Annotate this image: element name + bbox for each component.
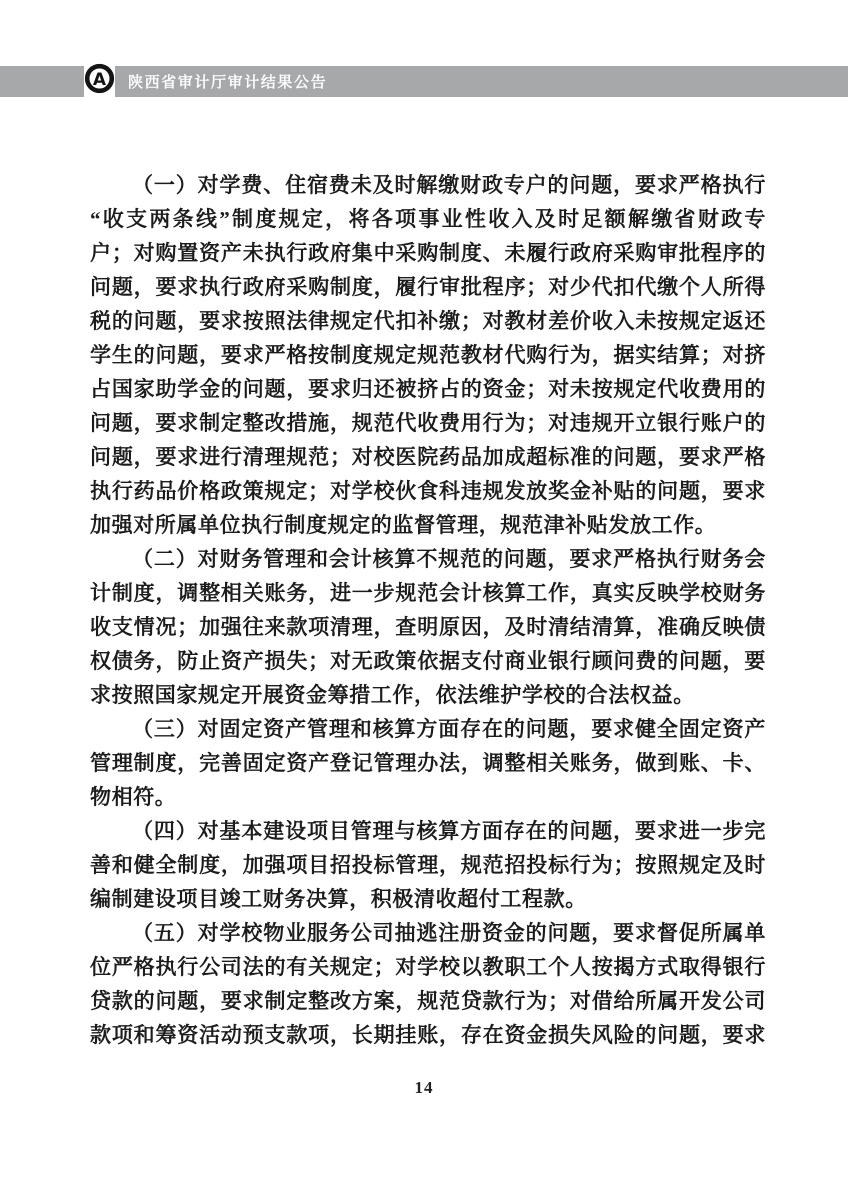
text-line: （一）对学费、住宿费未及时解缴财政专户的问题，要求严格执行 [90, 168, 766, 202]
text-line: 占国家助学金的问题，要求归还被挤占的资金；对未按规定代收费用的 [90, 372, 766, 406]
text-line: 管理制度，完善固定资产登记管理办法，调整相关账务，做到账、卡、 [90, 746, 766, 780]
text-line: 权债务，防止资产损失；对无政策依据支付商业银行顾问费的问题，要 [90, 644, 766, 678]
header-bar-left [0, 66, 84, 97]
text-line: 款项和筹资活动预支款项，长期挂账，存在资金损失风险的问题，要求 [90, 1018, 766, 1052]
text-line: 编制建设项目竣工财务决算，积极清收超付工程款。 [90, 882, 766, 916]
text-line: 学生的问题，要求严格按制度规定规范教材代购行为，据实结算；对挤 [90, 338, 766, 372]
audit-emblem-svg: A [84, 63, 115, 94]
document-body: （一）对学费、住宿费未及时解缴财政专户的问题，要求严格执行“收支两条线”制度规定… [90, 168, 766, 1052]
page-number: 14 [415, 1078, 434, 1097]
text-line: 收支情况；加强往来款项清理，查明原因，及时清结清算，准确反映债 [90, 610, 766, 644]
audit-emblem-letter: A [93, 70, 107, 90]
text-line: 执行药品价格政策规定；对学校伙食科违规发放奖金补贴的问题，要求 [90, 474, 766, 508]
text-line: 善和健全制度，加强项目招投标管理，规范招投标行为；按照规定及时 [90, 848, 766, 882]
page-footer: 14 [0, 1078, 848, 1098]
text-line: （三）对固定资产管理和核算方面存在的问题，要求健全固定资产 [90, 712, 766, 746]
audit-emblem-icon: A [84, 63, 115, 94]
text-line: 物相符。 [90, 780, 766, 814]
text-line: 户；对购置资产未执行政府集中采购制度、未履行政府采购审批程序的 [90, 236, 766, 270]
header-title: 陕西省审计厅审计结果公告 [128, 71, 327, 92]
text-line: 问题，要求执行政府采购制度，履行审批程序；对少代扣代缴个人所得 [90, 270, 766, 304]
header-bar: 陕西省审计厅审计结果公告 [115, 66, 848, 97]
text-line: （五）对学校物业服务公司抽逃注册资金的问题，要求督促所属单 [90, 916, 766, 950]
text-line: （二）对财务管理和会计核算不规范的问题，要求严格执行财务会 [90, 542, 766, 576]
document-page: A 陕西省审计厅审计结果公告 （一）对学费、住宿费未及时解缴财政专户的问题，要求… [0, 0, 848, 1200]
text-line: “收支两条线”制度规定，将各项事业性收入及时足额解缴省财政专 [90, 202, 766, 236]
text-line: 问题，要求进行清理规范；对校医院药品加成超标准的问题，要求严格 [90, 440, 766, 474]
text-line: （四）对基本建设项目管理与核算方面存在的问题，要求进一步完 [90, 814, 766, 848]
text-line: 加强对所属单位执行制度规定的监督管理，规范津补贴发放工作。 [90, 508, 766, 542]
text-line: 位严格执行公司法的有关规定；对学校以教职工个人按揭方式取得银行 [90, 950, 766, 984]
text-line: 计制度，调整相关账务，进一步规范会计核算工作，真实反映学校财务 [90, 576, 766, 610]
text-line: 求按照国家规定开展资金筹措工作，依法维护学校的合法权益。 [90, 678, 766, 712]
text-line: 问题，要求制定整改措施，规范代收费用行为；对违规开立银行账户的 [90, 406, 766, 440]
text-line: 贷款的问题，要求制定整改方案，规范贷款行为；对借给所属开发公司 [90, 984, 766, 1018]
text-line: 税的问题，要求按照法律规定代扣补缴；对教材差价收入未按规定返还 [90, 304, 766, 338]
